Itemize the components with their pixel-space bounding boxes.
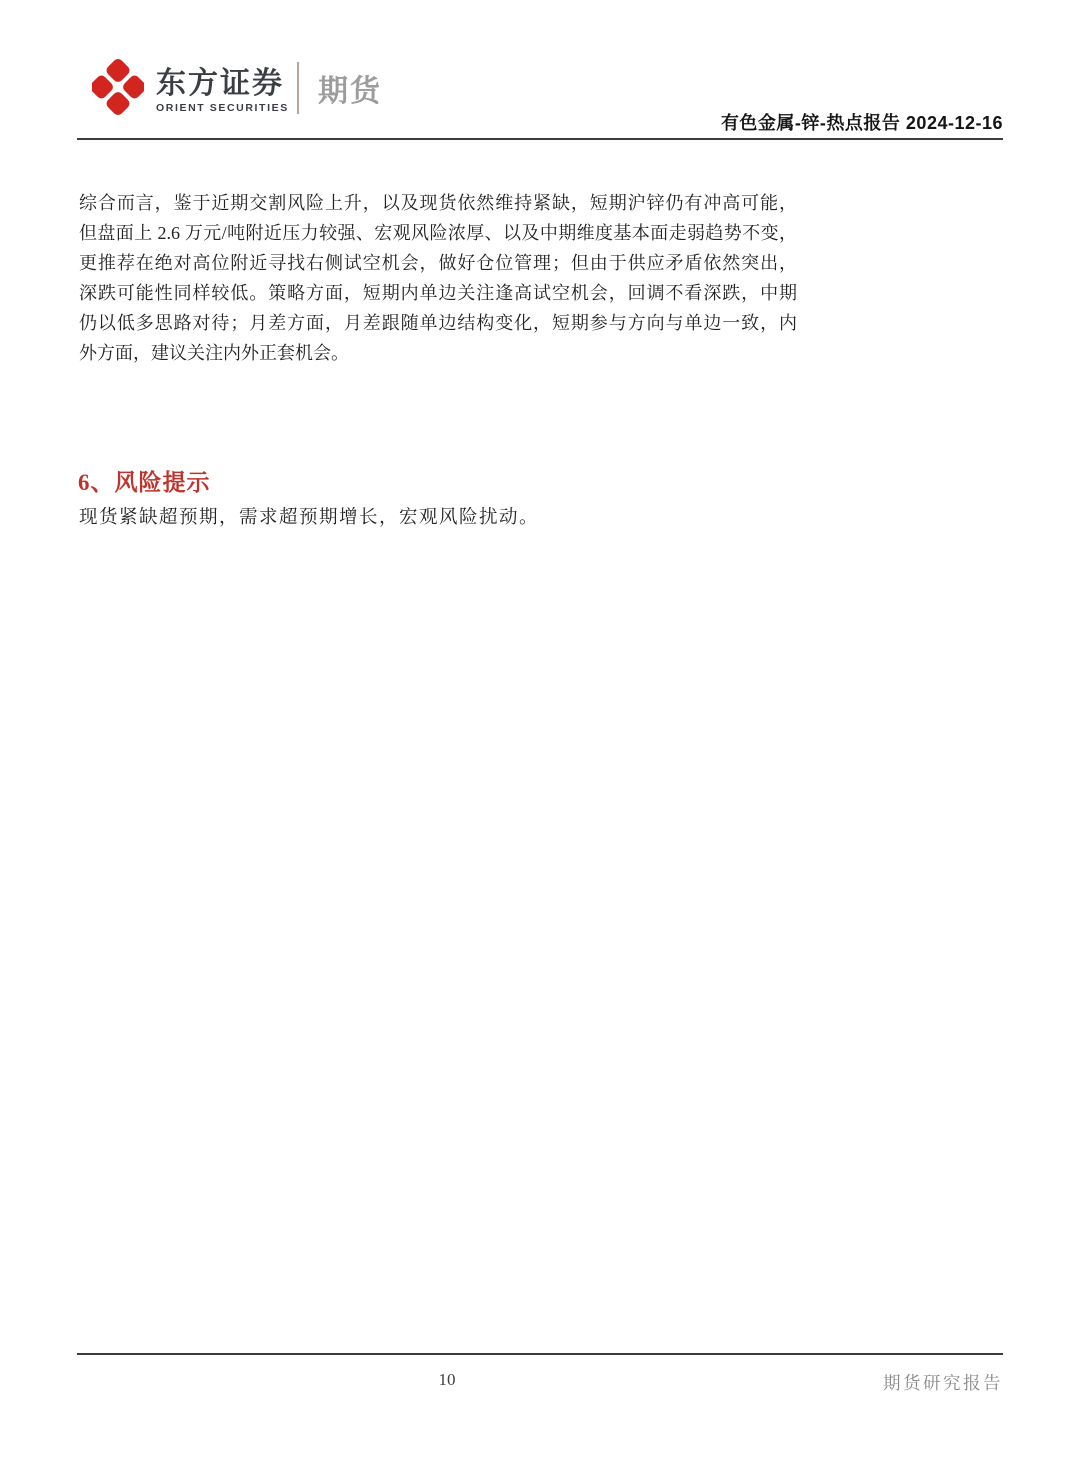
summary-line: 综合而言，鉴于近期交割风险上升，以及现货依然维持紧缺，短期沪锌仍有冲高可能，	[79, 188, 797, 218]
header-rule	[77, 138, 1003, 140]
summary-paragraph: 综合而言，鉴于近期交割风险上升，以及现货依然维持紧缺，短期沪锌仍有冲高可能， 但…	[79, 188, 797, 368]
report-meta-title: 有色金属-锌-热点报告 2024-12-16	[721, 109, 1003, 135]
risk-statement: 现货紧缺超预期，需求超预期增长，宏观风险扰动。	[79, 504, 539, 532]
section-heading-risk: 6、风险提示	[78, 464, 211, 497]
summary-line: 仍以低多思路对待；月差方面，月差跟随单边结构变化，短期参与方向与单边一致，内	[79, 308, 797, 338]
footer-report-type-label: 期货研究报告	[883, 1370, 1003, 1395]
summary-line: 深跌可能性同样较低。策略方面，短期内单边关注逢高试空机会，回调不看深跌，中期	[79, 278, 797, 308]
page-number: 10	[407, 1370, 487, 1390]
brand-name-en: ORIENT SECURITIES	[156, 102, 289, 114]
summary-line: 但盘面上 2.6 万元/吨附近压力较强、宏观风险浓厚、以及中期维度基本面走弱趋势…	[79, 218, 797, 248]
brand-divider	[297, 62, 299, 114]
summary-line: 外方面，建议关注内外正套机会。	[79, 338, 797, 368]
footer-rule	[77, 1353, 1003, 1355]
brand-text: 东方证券 ORIENT SECURITIES	[156, 58, 289, 114]
report-page: 东方证券 ORIENT SECURITIES 期货 有色金属-锌-热点报告 20…	[0, 0, 1080, 1466]
department-label: 期货	[318, 66, 382, 110]
orient-securities-logo-icon	[92, 58, 144, 116]
brand-block: 东方证券 ORIENT SECURITIES	[92, 58, 289, 116]
brand-name-cn: 东方证券	[156, 68, 289, 100]
summary-line: 更推荐在绝对高位附近寻找右侧试空机会，做好仓位管理；但由于供应矛盾依然突出，	[79, 248, 797, 278]
